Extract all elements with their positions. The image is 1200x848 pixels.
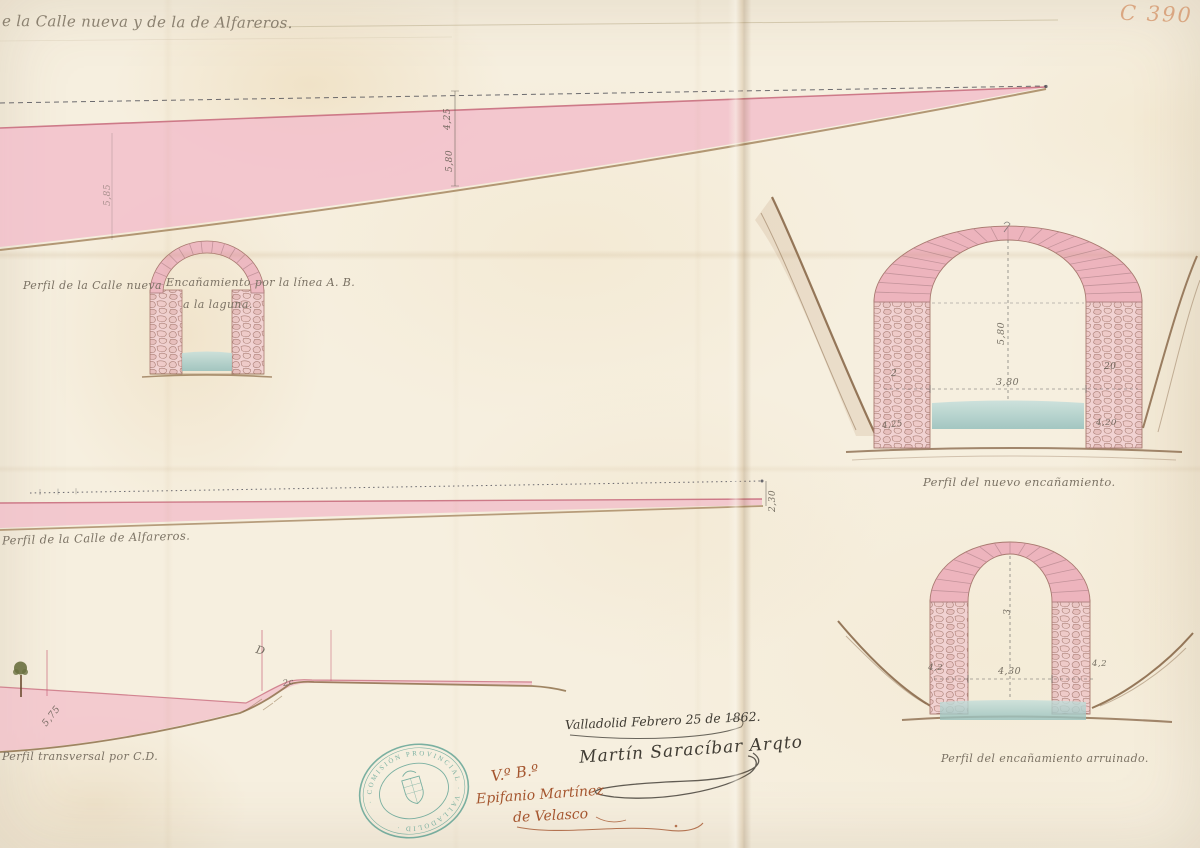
ruled-lines bbox=[0, 20, 1058, 41]
profile-transversal-drawing bbox=[0, 630, 566, 752]
encanamiento-arruinado-drawing bbox=[838, 542, 1193, 722]
official-stamp: · COMISIÓN PROVINCIAL · VALLADOLID · bbox=[348, 732, 479, 848]
profile-alfareros-drawing bbox=[0, 480, 766, 531]
nuevo-encanamiento-drawing bbox=[755, 197, 1200, 460]
drawing-sheet: · COMISIÓN PROVINCIAL · VALLADOLID · e l… bbox=[0, 0, 1200, 848]
approval-flourish bbox=[517, 817, 703, 831]
signature-flourishes bbox=[570, 719, 759, 799]
small-arch-drawing bbox=[142, 241, 272, 377]
drawing-artwork: · COMISIÓN PROVINCIAL · VALLADOLID · bbox=[0, 0, 1200, 848]
profile-calle-nueva-drawing bbox=[0, 85, 1048, 250]
